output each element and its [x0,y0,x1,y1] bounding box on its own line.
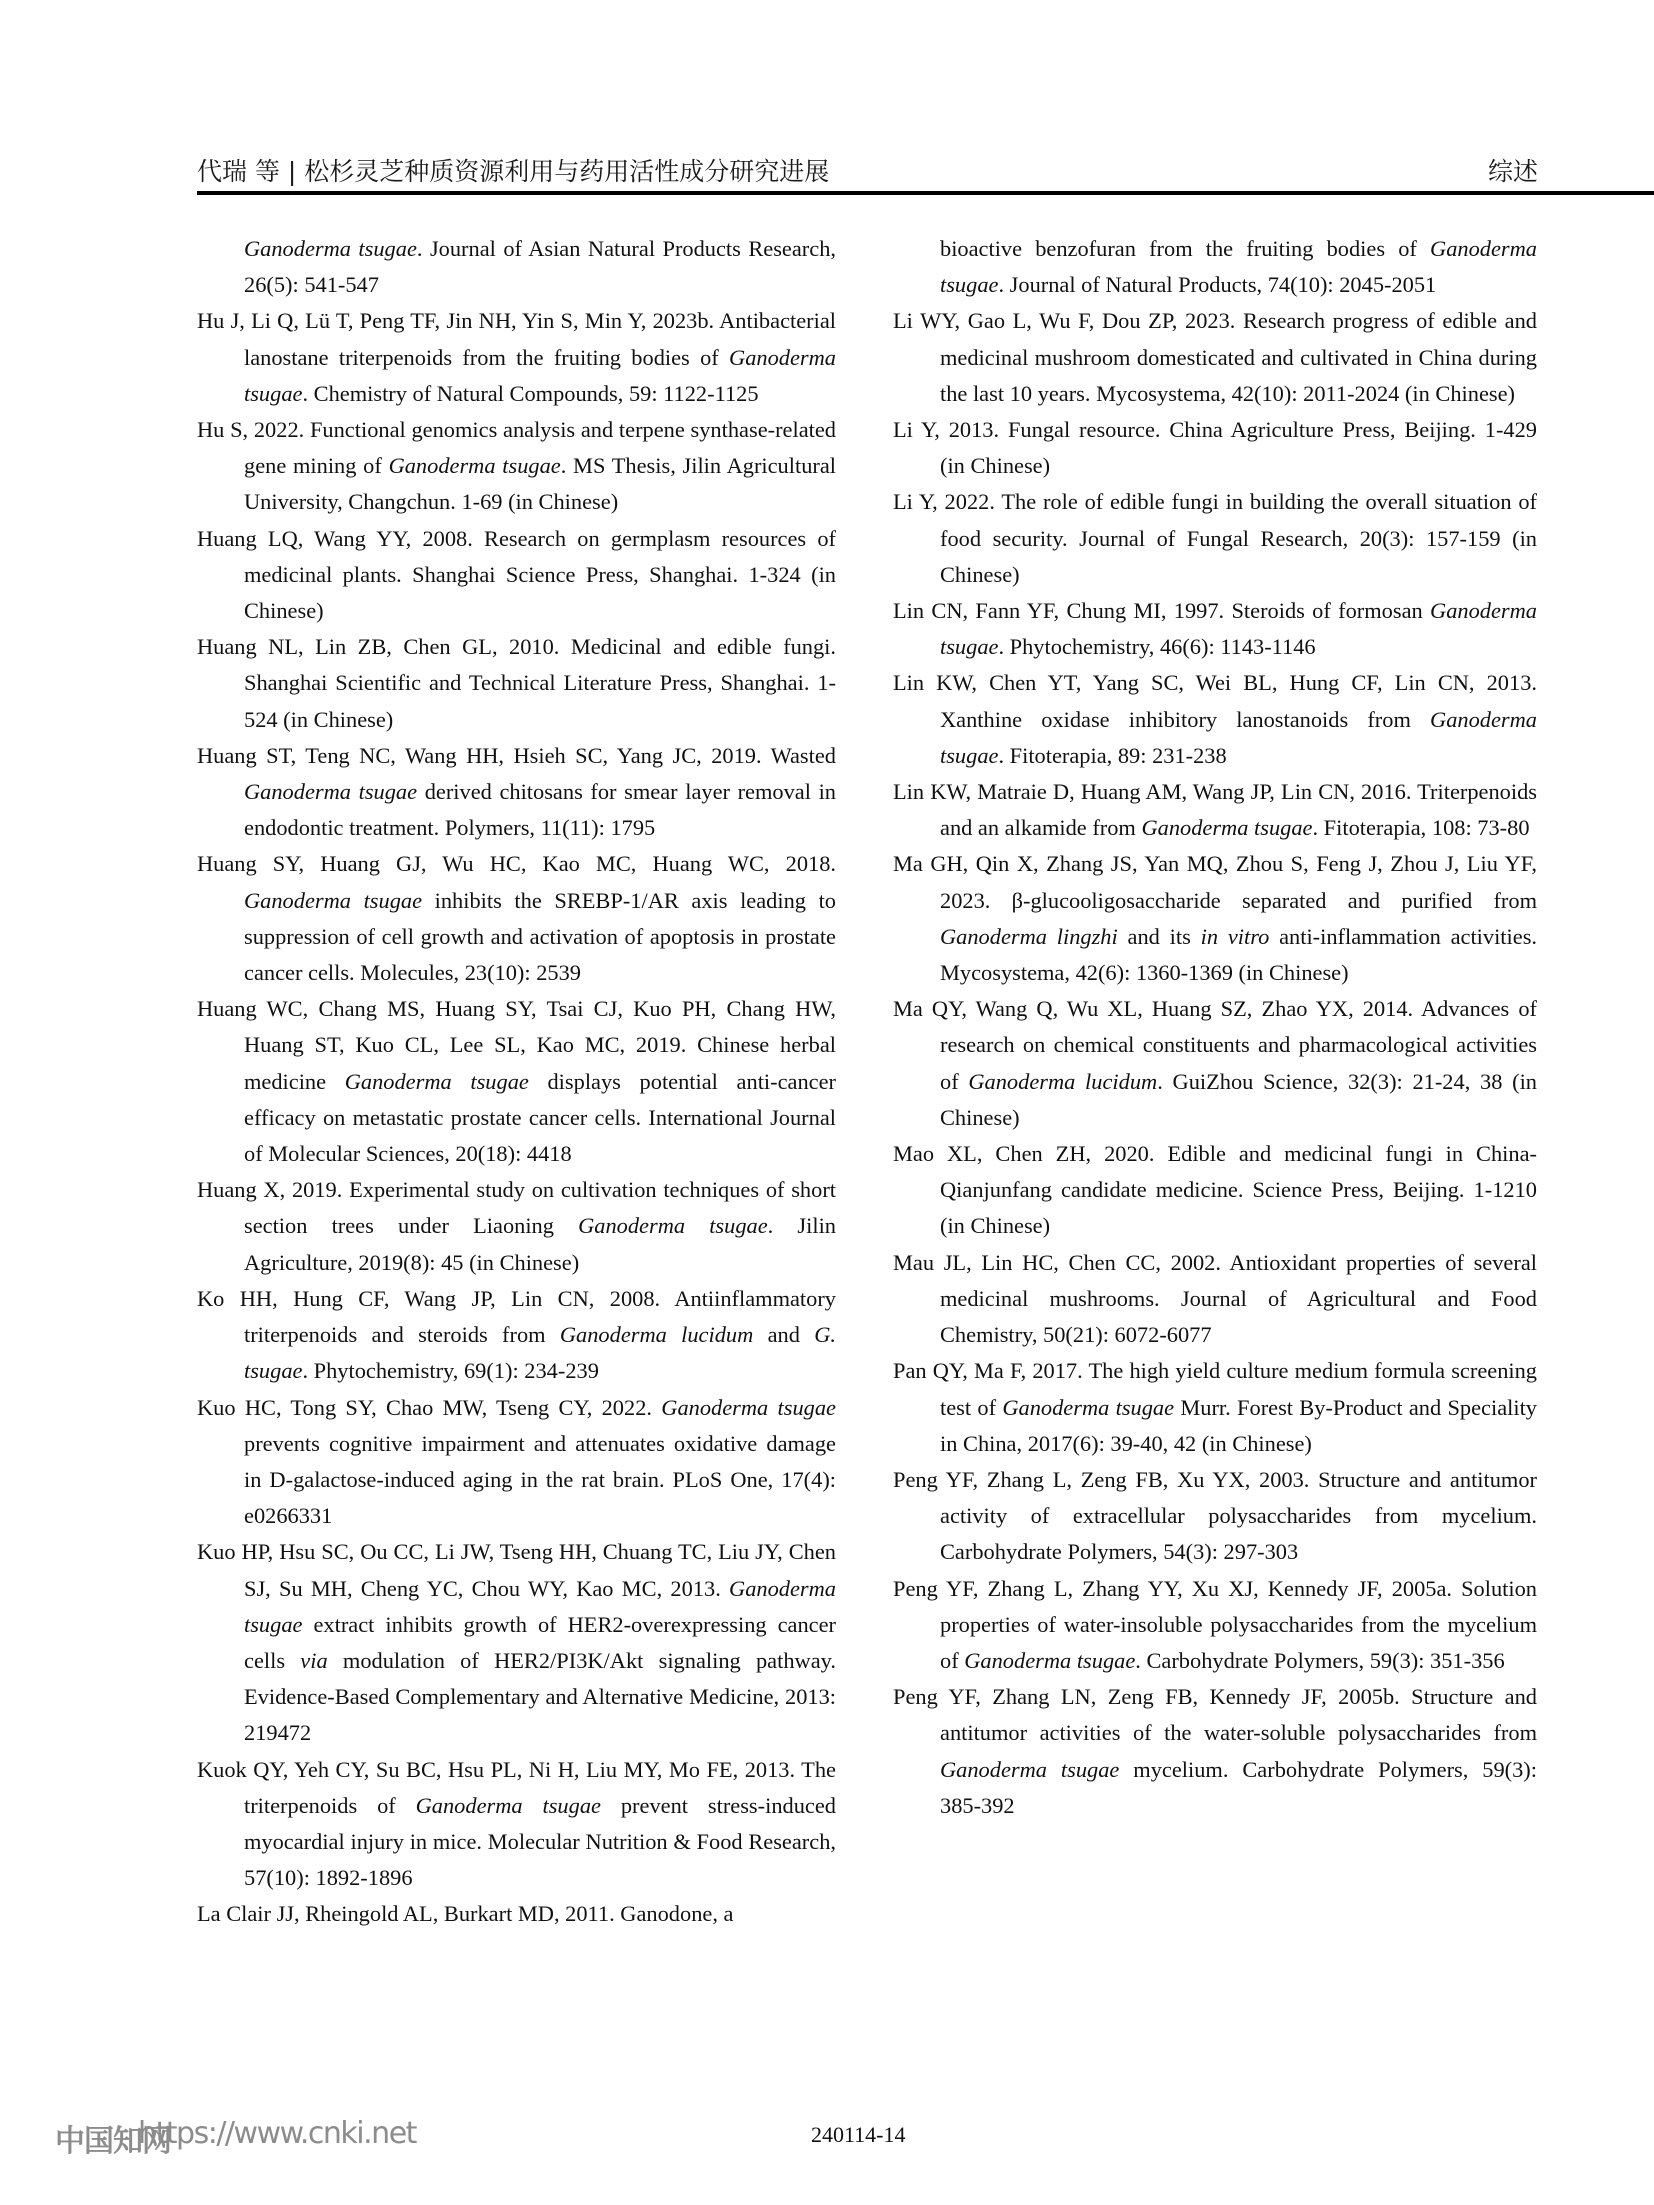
italic-term: via [300,1648,327,1673]
references-left-column: Ganoderma tsugae. Journal of Asian Natur… [197,231,836,1933]
header-rule [197,191,1654,195]
reference-text: Li Y, 2022. The role of edible fungi in … [893,489,1537,586]
reference-text: La Clair JJ, Rheingold AL, Burkart MD, 2… [197,1901,733,1926]
reference-entry: Hu J, Li Q, Lü T, Peng TF, Jin NH, Yin S… [197,303,836,412]
italic-term: Ganoderma lucidum [968,1069,1157,1094]
reference-text: Peng YF, Zhang L, Zeng FB, Xu YX, 2003. … [893,1467,1537,1564]
reference-entry: Kuok QY, Yeh CY, Su BC, Hsu PL, Ni H, Li… [197,1752,836,1897]
reference-entry: Hu S, 2022. Functional genomics analysis… [197,412,836,521]
section-label: 综述 [1488,152,1538,188]
reference-entry: Ganoderma tsugae. Journal of Asian Natur… [197,231,836,303]
reference-text: and its [1118,924,1201,949]
italic-term: Ganoderma tsugae [940,1757,1119,1782]
reference-entry: Ko HH, Hung CF, Wang JP, Lin CN, 2008. A… [197,1281,836,1390]
reference-entry: bioactive benzofuran from the fruiting b… [893,231,1537,303]
italic-term: Ganoderma tsugae [661,1395,836,1420]
reference-entry: Huang SY, Huang GJ, Wu HC, Kao MC, Huang… [197,846,836,991]
reference-text: Mao XL, Chen ZH, 2020. Edible and medici… [893,1141,1537,1238]
reference-entry: Lin KW, Chen YT, Yang SC, Wei BL, Hung C… [893,665,1537,774]
reference-text: . Carbohydrate Polymers, 59(3): 351-356 [1135,1648,1504,1673]
italic-term: Ganoderma tsugae [244,888,422,913]
reference-text: Peng YF, Zhang LN, Zeng FB, Kennedy JF, … [893,1684,1537,1745]
reference-entry: Lin KW, Matraie D, Huang AM, Wang JP, Li… [893,774,1537,846]
reference-entry: Mau JL, Lin HC, Chen CC, 2002. Antioxida… [893,1245,1537,1354]
italic-term: Ganoderma tsugae [1141,815,1312,840]
reference-entry: Ma GH, Qin X, Zhang JS, Yan MQ, Zhou S, … [893,846,1537,991]
italic-term: Ganoderma tsugae [1002,1395,1174,1420]
reference-entry: Peng YF, Zhang L, Zeng FB, Xu YX, 2003. … [893,1462,1537,1571]
reference-text: . Phytochemistry, 69(1): 234-239 [302,1358,598,1383]
reference-entry: Li WY, Gao L, Wu F, Dou ZP, 2023. Resear… [893,303,1537,412]
running-header: 代瑞 等 | 松杉灵芝种质资源利用与药用活性成分研究进展 综述 [197,148,1537,188]
reference-text: . Phytochemistry, 46(6): 1143-1146 [998,634,1315,659]
reference-text: bioactive benzofuran from the fruiting b… [940,236,1430,261]
reference-entry: Huang LQ, Wang YY, 2008. Research on ger… [197,521,836,630]
reference-text: Li Y, 2013. Fungal resource. China Agric… [893,417,1537,478]
italic-term: Ganoderma lucidum [560,1322,753,1347]
reference-text: and [753,1322,814,1347]
reference-text: Kuo HC, Tong SY, Chao MW, Tseng CY, 2022… [197,1395,661,1420]
reference-text: Ma GH, Qin X, Zhang JS, Yan MQ, Zhou S, … [893,851,1537,912]
reference-entry: Lin CN, Fann YF, Chung MI, 1997. Steroid… [893,593,1537,665]
reference-entry: Peng YF, Zhang LN, Zeng FB, Kennedy JF, … [893,1679,1537,1824]
reference-entry: Li Y, 2013. Fungal resource. China Agric… [893,412,1537,484]
reference-entry: Kuo HC, Tong SY, Chao MW, Tseng CY, 2022… [197,1390,836,1535]
reference-entry: La Clair JJ, Rheingold AL, Burkart MD, 2… [197,1896,836,1932]
reference-entry: Mao XL, Chen ZH, 2020. Edible and medici… [893,1136,1537,1245]
reference-text: Huang NL, Lin ZB, Chen GL, 2010. Medicin… [197,634,836,731]
reference-entry: Huang NL, Lin ZB, Chen GL, 2010. Medicin… [197,629,836,738]
running-title: 代瑞 等 | 松杉灵芝种质资源利用与药用活性成分研究进展 [197,152,829,188]
italic-term: Ganoderma tsugae [964,1648,1135,1673]
reference-entry: Huang WC, Chang MS, Huang SY, Tsai CJ, K… [197,991,836,1172]
italic-term: Ganoderma tsugae [416,1793,601,1818]
reference-text: Li WY, Gao L, Wu F, Dou ZP, 2023. Resear… [893,308,1537,405]
page-number: 240114-14 [811,2122,906,2148]
reference-text: Huang ST, Teng NC, Wang HH, Hsieh SC, Ya… [197,743,836,768]
italic-term: in vitro [1201,924,1270,949]
italic-term: Ganoderma tsugae [578,1213,768,1238]
reference-entry: Huang X, 2019. Experimental study on cul… [197,1172,836,1281]
reference-text: Huang LQ, Wang YY, 2008. Research on ger… [197,526,836,623]
reference-text: prevents cognitive impairment and attenu… [244,1431,836,1528]
reference-entry: Li Y, 2022. The role of edible fungi in … [893,484,1537,593]
reference-entry: Pan QY, Ma F, 2017. The high yield cultu… [893,1353,1537,1462]
reference-entry: Kuo HP, Hsu SC, Ou CC, Li JW, Tseng HH, … [197,1534,836,1751]
reference-text: . Chemistry of Natural Compounds, 59: 11… [302,381,758,406]
reference-entry: Ma QY, Wang Q, Wu XL, Huang SZ, Zhao YX,… [893,991,1537,1136]
reference-text: Huang SY, Huang GJ, Wu HC, Kao MC, Huang… [197,851,836,876]
references-right-column: bioactive benzofuran from the fruiting b… [893,231,1537,1824]
reference-text: Lin CN, Fann YF, Chung MI, 1997. Steroid… [893,598,1430,623]
reference-entry: Peng YF, Zhang L, Zhang YY, Xu XJ, Kenne… [893,1571,1537,1680]
reference-text: . Journal of Natural Products, 74(10): 2… [998,272,1436,297]
reference-text: modulation of HER2/PI3K/Akt signaling pa… [244,1648,836,1745]
reference-entry: Huang ST, Teng NC, Wang HH, Hsieh SC, Ya… [197,738,836,847]
italic-term: Ganoderma lingzhi [940,924,1118,949]
cnki-url-link[interactable]: https://www.cnki.net [138,2116,416,2151]
italic-term: Ganoderma tsugae [389,453,561,478]
italic-term: Ganoderma tsugae [244,779,417,804]
reference-text: . Fitoterapia, 89: 231-238 [998,743,1226,768]
italic-term: Ganoderma tsugae [244,236,417,261]
reference-text: . Fitoterapia, 108: 73-80 [1312,815,1529,840]
italic-term: Ganoderma tsugae [345,1069,529,1094]
reference-text: Mau JL, Lin HC, Chen CC, 2002. Antioxida… [893,1250,1537,1347]
